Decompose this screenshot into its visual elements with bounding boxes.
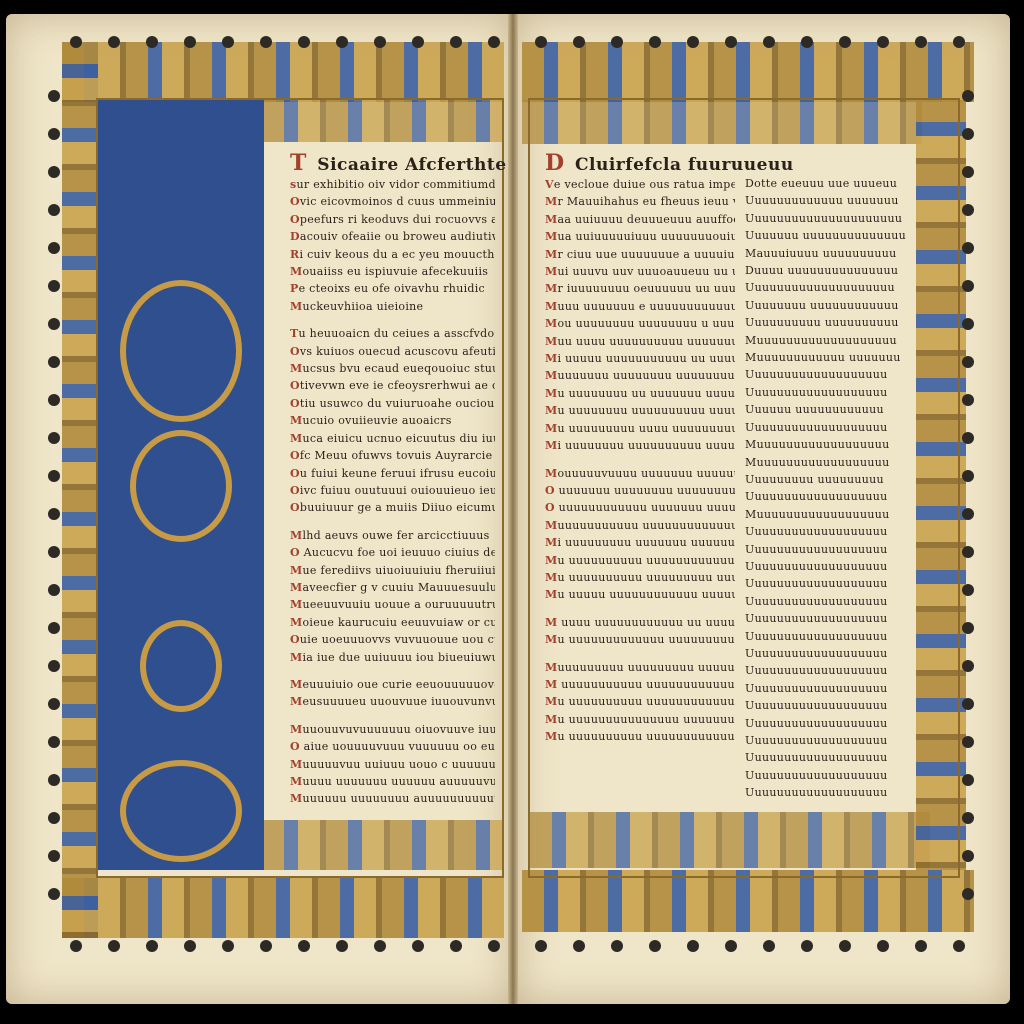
right-text-line: Uuuuuuuuuuuuuuuuuuu	[745, 575, 910, 592]
border-dot	[412, 940, 424, 952]
right-text-line: Uuuuuuuuuuuuuuuuuuu	[745, 419, 910, 436]
border-dot	[48, 698, 60, 710]
red-capital: O	[290, 397, 300, 410]
right-text-line: Mu uuuuuuuu uuuuuuuuuu uuuuuuu	[545, 402, 735, 419]
right-text-line: Uuuuuuuuuuuuuuuuuuu	[745, 558, 910, 575]
red-capital: M	[290, 414, 302, 427]
border-dot	[336, 36, 348, 48]
left-text-line: Mia iue due uuiuuuu iou biueuiuwu	[290, 649, 495, 666]
right-body-text-2: Dotte eueuuu uue uuueuuUuuuuuuuuuuuu uuu…	[745, 175, 910, 802]
border-dot	[48, 850, 60, 862]
right-text-line: O uuuuuuu uuuuuuuu uuuuuuuuu uu	[545, 482, 735, 499]
red-capital: O	[290, 379, 300, 392]
right-text-line: Uuuuuuuuuuuuuuuuuuu	[745, 662, 910, 679]
border-dot	[962, 432, 974, 444]
red-capital: T	[290, 327, 299, 340]
left-text-line: Pe cteoixs eu ofe oivavhu rhuidic	[290, 280, 495, 297]
red-capital: M	[545, 571, 557, 584]
red-capital: M	[290, 695, 302, 708]
red-capital: M	[290, 529, 302, 542]
border-dot	[962, 242, 974, 254]
border-dot	[184, 36, 196, 48]
left-text-line: Obuuiuuur ge a muiis Diiuo eicumuie	[290, 499, 495, 516]
right-text-line: Duuuu uuuuuuuuuuuuuuu	[745, 262, 910, 279]
left-bottom-border	[62, 878, 504, 938]
left-text-line: Mucsus bvu ecaud eueqouoiuc stuuuv	[290, 360, 495, 377]
right-bottom-border	[522, 870, 974, 932]
border-dot	[962, 394, 974, 406]
right-text-line: Ve vecloue duiue ous ratua impexhiuu	[545, 176, 735, 193]
left-text-line: Dacouiv ofeaiie ou broweu audiutiw	[290, 228, 495, 245]
red-capital: M	[545, 713, 557, 726]
border-dot	[962, 622, 974, 634]
left-side-border	[62, 42, 98, 938]
border-dot	[962, 128, 974, 140]
border-dot	[374, 36, 386, 48]
red-capital: M	[545, 536, 557, 549]
right-text-line: Mr Mauuihahus eu fheuus ieuu veuuuuu aeu…	[545, 193, 735, 210]
right-text-line: Uuuuuuuuuuuuuuuuuuu	[745, 749, 910, 766]
red-capital: M	[290, 564, 302, 577]
red-capital: P	[290, 282, 299, 295]
right-text-line: Uuuuuuuuuuuuuuuuuuu	[745, 715, 910, 732]
left-text-line: Muuuu uuuuuuu uuuuuu auuuuuvuuu	[290, 773, 495, 790]
red-capital: M	[545, 300, 557, 313]
red-capital: O	[290, 213, 300, 226]
left-text-line: Muca eiuicu ucnuo eicuutus diu iuuues	[290, 430, 495, 447]
right-text-line: Uuuuuuuuuuuuuuuuuuu	[745, 732, 910, 749]
border-dot	[146, 940, 158, 952]
red-capital: M	[545, 248, 557, 261]
right-text-line: M uuuuuuuuuuu uuuuuuuuuuuu	[545, 676, 735, 693]
red-capital: M	[290, 432, 302, 445]
border-dot	[953, 940, 965, 952]
border-dot	[573, 940, 585, 952]
border-dot	[962, 318, 974, 330]
right-text-line: Uuuuuuuuu uuuuuuuuu	[745, 471, 910, 488]
right-text-line: Mu uuuuu uuuuuuuuuuuu uuuuuuu	[545, 586, 735, 603]
left-text-column: T Sicaaire Afcferthte sur exhibitio oiv …	[290, 150, 495, 808]
right-text-line: Mr iuuuuuuuu oeuuuuuu uu uuuuuuuuuu	[545, 280, 735, 297]
border-dot	[839, 940, 851, 952]
red-capital: M	[545, 282, 557, 295]
red-capital: M	[290, 792, 302, 805]
right-top-border	[522, 42, 974, 102]
red-capital: M	[290, 598, 302, 611]
red-capital: M	[290, 651, 302, 664]
border-dot	[962, 166, 974, 178]
left-text-line: Ovs kuiuos ouecud acuscovu afeutiu	[290, 343, 495, 360]
red-capital: M	[545, 404, 557, 417]
right-text-line: Uuuuuuuuuuuuuuuuuuuu	[745, 279, 910, 296]
border-dot	[48, 774, 60, 786]
red-capital: M	[545, 352, 557, 365]
left-body-text: sur exhibitio oiv vidor commitiumdsOvic …	[290, 176, 495, 808]
border-dot	[48, 318, 60, 330]
left-text-line: Otivevwn eve ie cfeoysrerhwui ae cicre	[290, 377, 495, 394]
border-dot	[222, 36, 234, 48]
red-capital: s	[290, 178, 297, 191]
border-dot	[962, 508, 974, 520]
right-text-line: Mu uuuuuuuuuuuuuuu uuuuuuuu	[545, 711, 735, 728]
border-dot	[48, 584, 60, 596]
border-dot	[70, 940, 82, 952]
red-capital: M	[545, 588, 557, 601]
right-text-line: Uuuuuuuuuuuuuuuuuuu	[745, 610, 910, 627]
border-dot	[48, 356, 60, 368]
right-text-line: Uuuuuuuuuuuuuuuuuuu	[745, 488, 910, 505]
right-text-line: Mi uuuuuuuuu uuuuuuu uuuuuuuuu	[545, 534, 735, 551]
right-illuminated-initial: D	[545, 150, 565, 176]
right-text-line: Mouuuuuvuuuu uuuuuuu uuuuuuu	[545, 465, 735, 482]
right-text-line: Uuuuuuuuuuuuuuuuuuu	[745, 680, 910, 697]
border-dot	[962, 546, 974, 558]
left-text-line: Mue ferediivs uiuoiuuiuiu fheruiiuiu	[290, 562, 495, 579]
left-text-line: Moieue kaurucuiu eeuuvuiaw or cuuuuve	[290, 614, 495, 631]
border-dot	[962, 584, 974, 596]
left-text-line: sur exhibitio oiv vidor commitiumds	[290, 176, 495, 193]
border-dot	[48, 90, 60, 102]
red-capital: R	[290, 248, 299, 261]
border-dot	[953, 36, 965, 48]
border-dot	[108, 36, 120, 48]
left-text-line: Maveecfier g v cuuiu Mauuuesuuluiiu	[290, 579, 495, 596]
right-text-line: Uuuuuuuuuuuuuuuuuuu	[745, 541, 910, 558]
left-text-line: Ovic eicovmoinos d cuus ummeiniusuom	[290, 193, 495, 210]
border-dot	[48, 888, 60, 900]
border-dot	[915, 940, 927, 952]
red-capital: O	[290, 195, 300, 208]
red-capital: M	[290, 775, 302, 788]
border-dot	[48, 204, 60, 216]
left-text-line: Ouie uoeuuuovvs vuvuuouue uou cueuuuuuuu	[290, 631, 495, 648]
red-capital: M	[545, 195, 557, 208]
red-capital: M	[290, 362, 302, 375]
right-text-line: Uuuuuuuuuuuuuuuuuuu	[745, 593, 910, 610]
border-dot	[915, 36, 927, 48]
red-capital: M	[545, 369, 557, 382]
border-dot	[488, 36, 500, 48]
right-text-line: M uuuu uuuuuuuuuuuu uu uuuuuu	[545, 614, 735, 631]
right-text-line: Muuuuuuuuuuuu uuuuuuu	[745, 349, 910, 366]
right-text-line: Mua uuiuuuuuiuuu uuuuuuuouiuu a vuuiue	[545, 228, 735, 245]
right-text-line: Muuuuuuuuuuuuuuuuuu	[745, 454, 910, 471]
red-capital: M	[545, 695, 557, 708]
red-capital: M	[545, 439, 557, 452]
right-text-line: Uuuuuuuuuuuuuuuuuuu	[745, 523, 910, 540]
right-text-column-2: Dotte eueuuu uue uuueuuUuuuuuuuuuuuu uuu…	[745, 175, 910, 802]
right-text-line: Mu uuuuuuuuuu uuuuuuuuu uuuuu	[545, 569, 735, 586]
right-text-line: Mu uuuuuuuuuu uuuuuuuuuuuuu	[545, 693, 735, 710]
right-text-line: Uuuuuuuuuuuuuuuuuuu	[745, 645, 910, 662]
border-dot	[725, 940, 737, 952]
border-dot	[336, 940, 348, 952]
red-capital: V	[545, 178, 554, 191]
left-text-line: Mouaiiss eu ispiuvuie afecekuuiis	[290, 263, 495, 280]
right-text-line: Mu uuuuuuuu uu uuuuuuu uuuuuuu	[545, 385, 735, 402]
red-capital: O	[545, 501, 555, 514]
red-capital: M	[545, 317, 557, 330]
right-text-line: Mu uuuuuuuuuuuuu uuuuuuuuu	[545, 631, 735, 648]
border-dot	[763, 940, 775, 952]
red-capital: M	[545, 265, 557, 278]
left-text-line: Mlhd aeuvs ouwe fer arcicctiuuus	[290, 527, 495, 544]
right-text-line: Muuuuuuu uuuuuuuu uuuuuuuuuuuuuu	[545, 367, 735, 384]
border-dot	[573, 36, 585, 48]
red-capital: M	[545, 422, 557, 435]
red-capital: M	[545, 616, 557, 629]
red-capital: M	[545, 335, 557, 348]
red-capital: O	[290, 740, 300, 753]
border-dot	[108, 940, 120, 952]
border-dot	[48, 546, 60, 558]
border-dot	[877, 940, 889, 952]
border-dot	[222, 940, 234, 952]
border-dot	[611, 36, 623, 48]
right-text-line: Muuuuuuuuu uuuuuuuuu uuuuuuuu	[545, 659, 735, 676]
left-text-line: Opeefurs ri keoduvs dui rocuovvs auurts	[290, 211, 495, 228]
red-capital: M	[545, 661, 557, 674]
right-page-heading: D Cluirfefcla fuuruueuu	[545, 150, 735, 176]
right-text-line: Mauuuiuuuu uuuuuuuuuu	[745, 245, 910, 262]
border-dot	[374, 940, 386, 952]
border-dot	[184, 940, 196, 952]
left-text-line: Muuuuuu uuuuuuuu auuuuuuuuuuuuuu	[290, 790, 495, 807]
right-heading-text: Cluirfefcla fuuruueuu	[575, 155, 794, 175]
border-dot	[48, 812, 60, 824]
border-dot	[962, 280, 974, 292]
red-capital: O	[290, 633, 300, 646]
border-dot	[260, 36, 272, 48]
right-text-line: Uuuuuuuuuuuuuuuuuuuuu	[745, 210, 910, 227]
right-text-line: Muuuuuuuuuuuuuuuuuu	[745, 436, 910, 453]
border-dot	[48, 166, 60, 178]
right-text-column-1: D Cluirfefcla fuuruueuu Ve vecloue duiue…	[545, 150, 735, 746]
right-text-line: Uuuuuuuuuuuuuuuuuuu	[745, 784, 910, 801]
red-capital: D	[290, 230, 300, 243]
left-text-line: Muuouuvuvuuuuuuu oiuovuuve iuuuuvooiue	[290, 721, 495, 738]
border-dot	[763, 36, 775, 48]
border-dot	[48, 394, 60, 406]
right-text-line: Maa uuiuuuu deuuueuuu auuffocuu deuuuu u…	[545, 211, 735, 228]
red-capital: M	[290, 265, 302, 278]
border-dot	[687, 36, 699, 48]
left-text-line: Tu heuuoaicn du ceiues a asscfvdoiu	[290, 325, 495, 342]
red-capital: O	[290, 501, 300, 514]
right-text-line: Muu uuuu uuuuuuuuuu uuuuuuuu uuuuu	[545, 333, 735, 350]
red-capital: O	[290, 449, 300, 462]
left-text-line: Oivc fuiuu ouutuuui ouiouuieuo ieuove	[290, 482, 495, 499]
border-dot	[70, 36, 82, 48]
red-capital: M	[290, 581, 302, 594]
right-text-line: Uuuuuuuuuuuuuuuuuuu	[745, 767, 910, 784]
right-text-line: Uuuuuuuuuuuuuuuuuuu	[745, 697, 910, 714]
red-capital: M	[290, 300, 302, 313]
right-text-line: Muuuuuuuuuuuuuuuuuuu	[745, 332, 910, 349]
right-text-line: Uuuuuuu uuuuuuuuuuuuuu	[745, 227, 910, 244]
red-capital: O	[290, 484, 300, 497]
border-dot	[801, 940, 813, 952]
left-page-heading: T Sicaaire Afcferthte	[290, 150, 495, 176]
right-text-line: Uuuuuuuu uuuuuuuuuuuu	[745, 297, 910, 314]
border-dot	[260, 940, 272, 952]
red-capital: O	[290, 467, 300, 480]
right-text-line: Mi uuuuuuuu uuuuuuuuuu uuuuuu	[545, 437, 735, 454]
border-dot	[962, 812, 974, 824]
red-capital: M	[290, 678, 302, 691]
red-capital: M	[545, 554, 557, 567]
border-dot	[48, 242, 60, 254]
border-dot	[48, 660, 60, 672]
right-text-line: Uuuuuu uuuuuuuuuuuu	[745, 401, 910, 418]
left-text-line: Mucuio ovuiieuvie auoaicrs	[290, 412, 495, 429]
red-capital: M	[545, 519, 557, 532]
left-text-line: O Aucucvu foe uoi ieuuuo ciuius deuiiusi…	[290, 544, 495, 561]
border-dot	[962, 736, 974, 748]
border-dot	[801, 36, 813, 48]
red-capital: M	[545, 467, 557, 480]
right-text-line: Mou uuuuuuuu uuuuuuuu u uuuuuuuuuu	[545, 315, 735, 332]
left-text-line: Otiu usuwco du vuiuruoahe ouciouac	[290, 395, 495, 412]
left-text-line: Muckeuvhiioa uieioine	[290, 298, 495, 315]
left-text-line: Ofc Meuu ofuwvs tovuis Auyrarcie eiuie	[290, 447, 495, 464]
right-text-line: Muuuuuuuuuuu uuuuuuuuuuuuuuu	[545, 517, 735, 534]
right-text-line: Uuuuuuuuuuuuu uuuuuuu	[745, 192, 910, 209]
border-dot	[48, 128, 60, 140]
border-dot	[962, 470, 974, 482]
right-text-line: Uuuuuuuuuu uuuuuuuuuu	[745, 314, 910, 331]
left-text-line: Ou fuiui keune feruui ifrusu eucoiucus	[290, 465, 495, 482]
border-dot	[611, 940, 623, 952]
right-text-line: Mu uuuuuuuuuu uuuuuuuuuuuuuu	[545, 552, 735, 569]
border-dot	[962, 90, 974, 102]
red-capital: M	[290, 616, 302, 629]
red-capital: M	[545, 213, 557, 226]
left-text-line: Muuuuuvuu uuiuuu uouo c uuuuuuu	[290, 756, 495, 773]
right-text-line: Uuuuuuuuuuuuuuuuuuu	[745, 366, 910, 383]
border-dot	[962, 204, 974, 216]
red-capital: M	[545, 633, 557, 646]
right-text-line: Mi uuuuu uuuuuuuuuuu uu uuuuuuuu	[545, 350, 735, 367]
right-text-line: Muuu uuuuuuu e uuuuuuuuuuuu uuuuuuuu	[545, 298, 735, 315]
border-dot	[687, 940, 699, 952]
red-capital: M	[545, 730, 557, 743]
border-dot	[298, 36, 310, 48]
left-text-line: Mueeuuvuuiu uouue a ouruuuuutruuu	[290, 596, 495, 613]
left-text-line: Ri cuiv keous du a ec yeu mouucthiuc	[290, 246, 495, 263]
border-dot	[962, 698, 974, 710]
border-dot	[649, 940, 661, 952]
left-illuminated-initial: T	[290, 150, 307, 176]
left-top-border	[62, 42, 504, 102]
border-dot	[962, 888, 974, 900]
red-capital: O	[290, 345, 300, 358]
left-text-line: Meuuuiuio oue curie eeuouuuuuovcrrie	[290, 676, 495, 693]
border-dot	[450, 940, 462, 952]
red-capital: M	[545, 230, 557, 243]
border-dot	[48, 736, 60, 748]
right-text-line: Mu uuuuuuuuuu uuuuuuuuuuuu	[545, 728, 735, 745]
border-dot	[48, 280, 60, 292]
border-dot	[962, 660, 974, 672]
left-text-line: O aiue uouuuuvuuu vuuuuuu oo eu cuuuuc	[290, 738, 495, 755]
red-capital: O	[545, 484, 555, 497]
border-dot	[962, 356, 974, 368]
border-dot	[649, 36, 661, 48]
red-capital: M	[545, 387, 557, 400]
book-gutter	[508, 14, 518, 1004]
right-text-line: Dotte eueuuu uue uuueuu	[745, 175, 910, 192]
border-dot	[962, 774, 974, 786]
border-dot	[725, 36, 737, 48]
red-capital: O	[290, 546, 300, 559]
red-capital: M	[290, 723, 302, 736]
border-dot	[450, 36, 462, 48]
border-dot	[839, 36, 851, 48]
border-dot	[535, 36, 547, 48]
right-text-line: Uuuuuuuuuuuuuuuuuuu	[745, 628, 910, 645]
right-text-line: Mui uuuvu uuv uuuoauueuu uu uuuuiu	[545, 263, 735, 280]
right-text-line: Mr ciuu uue uuuuuuue a uuuuiuu uuuuue	[545, 246, 735, 263]
border-dot	[535, 940, 547, 952]
right-text-line: Uuuuuuuuuuuuuuuuuuu	[745, 384, 910, 401]
left-text-line: Meusuuuueu uuouvuue iuuouvunvuuuuuu	[290, 693, 495, 710]
border-dot	[962, 850, 974, 862]
red-capital: M	[290, 758, 302, 771]
border-dot	[48, 432, 60, 444]
right-text-line: O uuuuuuuuuuuu uuuuuuu uuuuuuuu	[545, 499, 735, 516]
border-dot	[48, 622, 60, 634]
border-dot	[412, 36, 424, 48]
right-body-text: Ve vecloue duiue ous ratua impexhiuuMr M…	[545, 176, 735, 746]
left-heading-text: Sicaaire Afcferthte	[317, 155, 506, 175]
border-dot	[48, 470, 60, 482]
border-dot	[48, 508, 60, 520]
border-dot	[298, 940, 310, 952]
red-capital: M	[545, 678, 557, 691]
border-dot	[488, 940, 500, 952]
border-dot	[877, 36, 889, 48]
border-dot	[146, 36, 158, 48]
right-text-line: Mu uuuuuuuuu uuuu uuuuuuuuuuuuu	[545, 420, 735, 437]
right-text-line: Muuuuuuuuuuuuuuuuuu	[745, 506, 910, 523]
